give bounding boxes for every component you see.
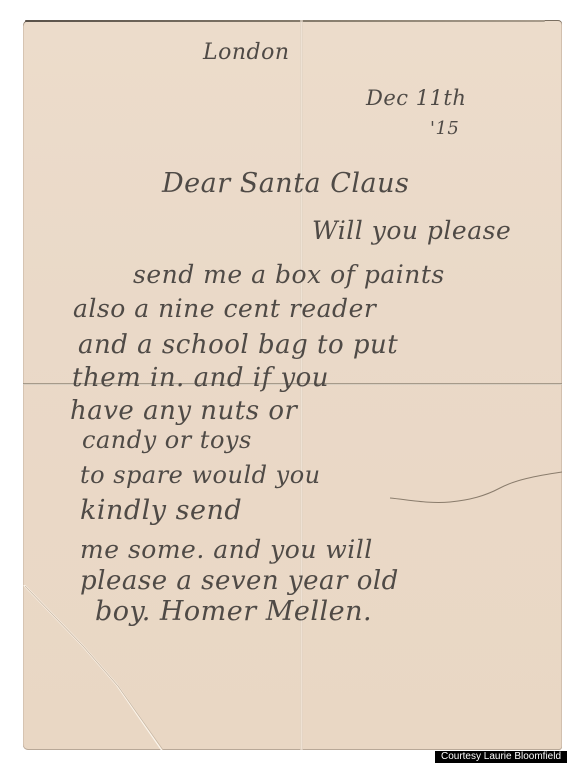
letter-line-6: have any nuts or: [70, 398, 297, 424]
letter-line-5: them in. and if you: [72, 365, 329, 391]
paper-top-edge: [25, 20, 545, 22]
letter-line-10: me some. and you will: [80, 537, 373, 562]
letter-line-12-signature: boy. Homer Mellen.: [95, 598, 372, 625]
photo-credit-caption: Courtesy Laurie Bloomfield: [435, 751, 567, 763]
letter-line-8: to spare would you: [80, 463, 321, 487]
paper-tear-mark: [390, 470, 562, 510]
letter-line-2: send me a box of paints: [133, 262, 445, 287]
letter-line-9: kindly send: [80, 497, 242, 524]
letter-line-4: and a school bag to put: [78, 332, 398, 358]
letter-line-11: please a seven year old: [80, 568, 399, 594]
letter-line-3: also a nine cent reader: [73, 296, 376, 321]
letter-line-7: candy or toys: [82, 428, 252, 452]
letter-line-1: Will you please: [312, 218, 511, 243]
letter-date: Dec 11th: [366, 88, 466, 109]
letter-salutation: Dear Santa Claus: [162, 170, 409, 197]
letter-place: London: [203, 42, 290, 64]
letter-year: '15: [430, 120, 459, 138]
